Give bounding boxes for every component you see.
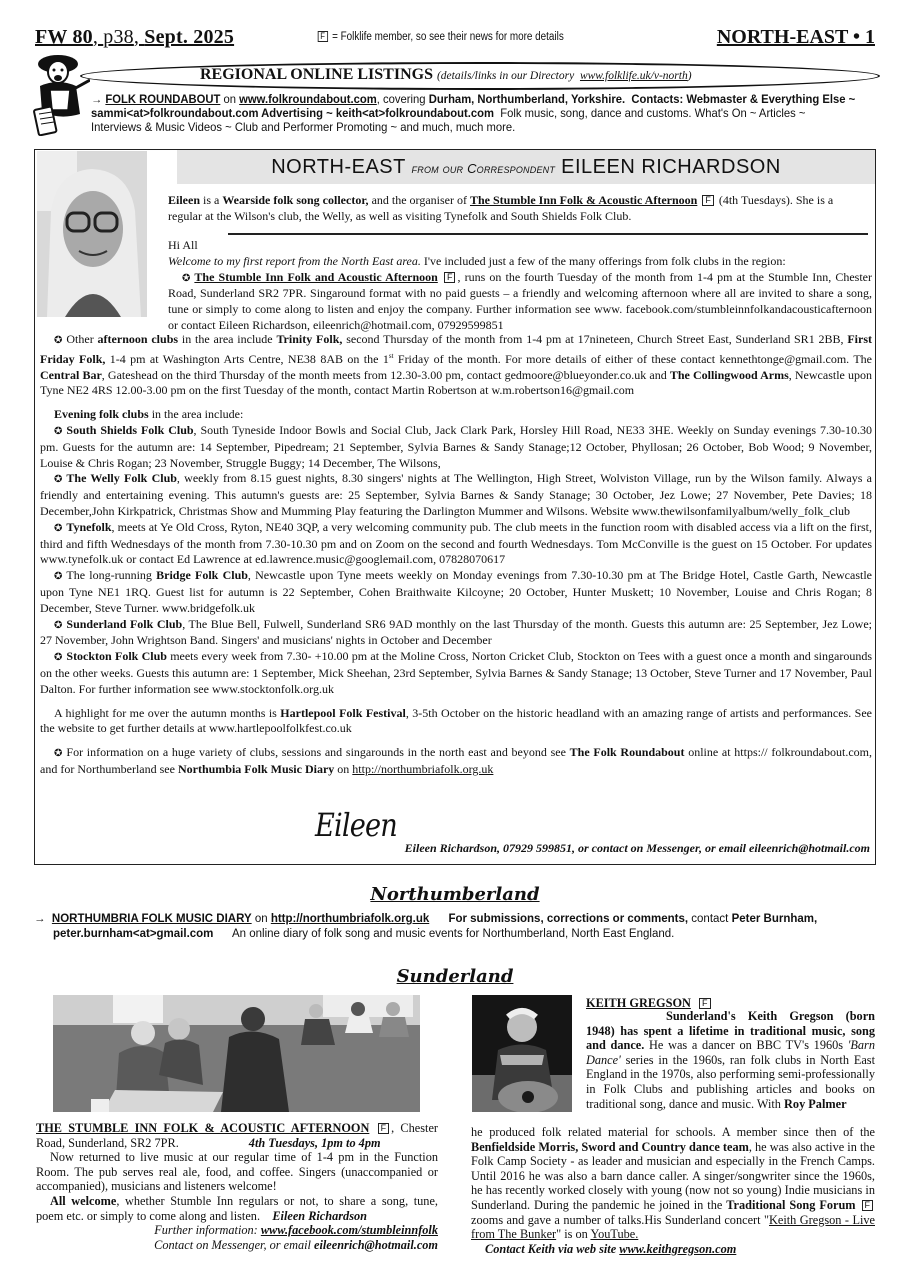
club-entry: ✪Sunderland Folk Club, The Blue Bell, Fu… (40, 617, 872, 650)
divider-rule (228, 233, 868, 235)
folk-roundabout-listing: → FOLK ROUNDABOUT on www.folkroundabout.… (91, 93, 857, 135)
arrow-icon: → (34, 913, 46, 925)
stumble-inn-facebook-link[interactable]: www.facebook.com/stumbleinnfolk (261, 1223, 438, 1237)
club-name: Sunderland Folk Club (66, 617, 182, 631)
club-name: Tynefolk (66, 520, 111, 534)
club-entry: ✪Stockton Folk Club meets every week fro… (40, 649, 872, 697)
directory-link[interactable]: www.folklife.uk/v-north (580, 70, 688, 82)
northumbria-diary-url[interactable]: http://northumbriafolk.org.uk (271, 913, 429, 925)
stumble-inn-notice: THE STUMBLE INN FOLK & ACOUSTIC AFTERNOO… (36, 1121, 438, 1252)
club-name: Bridge Folk Club (156, 568, 248, 582)
member-legend: F = Folklife member, so see their news f… (316, 31, 564, 43)
correspondent-intro: Eileen is a Wearside folk song collector… (168, 193, 868, 225)
afternoon-clubs-entry: ✪Other afternoon clubs in the area inclu… (40, 332, 872, 399)
page-number: p38 (103, 26, 134, 48)
bullet-icon: ✪ (54, 620, 62, 631)
club-listings: ✪Other afternoon clubs in the area inclu… (40, 332, 872, 778)
folk-roundabout-link[interactable]: www.folkroundabout.com (239, 93, 377, 106)
member-legend-text: = Folklife member, so see their news for… (332, 31, 564, 43)
club-entry: ✪Tynefolk, meets at Ye Old Cross, Ryton,… (40, 520, 872, 568)
bullet-icon: ✪ (54, 474, 62, 485)
folklife-member-badge-icon: F (862, 1200, 874, 1211)
stumble-inn-heading[interactable]: THE STUMBLE INN FOLK & ACOUSTIC AFTERNOO… (36, 1121, 369, 1135)
keith-gregson-bio-upper: Sunderland's Keith Gregson (born 1948) h… (586, 1009, 875, 1111)
issue-number: FW 80 (35, 26, 93, 48)
stumble-inn-session-photo (53, 995, 420, 1112)
keith-website-link[interactable]: www.keithgregson.com (619, 1242, 736, 1256)
bullet-icon: ✪ (54, 571, 62, 582)
folklife-member-badge-icon: F (378, 1123, 390, 1134)
section-heading-sunderland: Sunderland (0, 966, 910, 987)
club-name: Stockton Folk Club (66, 649, 167, 663)
northumbria-diary-listing: → NORTHUMBRIA FOLK MUSIC DIARY on http:/… (34, 912, 878, 942)
stumble-inn-email-link[interactable]: eileenrich@hotmail.com (314, 1238, 438, 1252)
bullet-icon: ✪ (182, 273, 190, 284)
eileen-portrait-photo (37, 151, 147, 317)
folklife-member-badge-icon: F (699, 998, 711, 1009)
eileen-email-link[interactable]: eileenrich@hotmail.com (749, 841, 870, 855)
stumble-inn-name[interactable]: The Stumble Inn Folk and Acoustic Aftern… (194, 270, 437, 284)
section-heading-northumberland: Northumberland (0, 884, 910, 905)
region-page-title: NORTH-EAST • 1 (717, 26, 875, 49)
keith-gregson-name[interactable]: KEITH GREGSON (586, 996, 691, 1010)
bullet-icon: ✪ (54, 523, 62, 534)
issue-reference: FW 80, p38, Sept. 2025 (35, 26, 234, 49)
correspondent-name: EILEEN RICHARDSON (561, 156, 781, 178)
northumbria-diary-link[interactable]: http://northumbriafolk.org.uk (352, 762, 493, 776)
issue-date: Sept. 2025 (144, 26, 234, 48)
folklife-member-badge-icon: F (444, 272, 456, 283)
further-info-entry: ✪For information on a huge variety of cl… (40, 745, 872, 778)
stumble-inn-schedule: 4th Tuesdays, 1pm to 4pm (249, 1136, 381, 1150)
keith-gregson-photo (472, 995, 572, 1112)
folklife-member-badge-icon: F (318, 31, 328, 42)
club-name: The Welly Folk Club (66, 471, 177, 485)
club-entry: ✪The Welly Folk Club, weekly from 8.15 g… (40, 471, 872, 519)
bullet-icon: ✪ (54, 426, 62, 437)
club-entry: ✪South Shields Folk Club, South Tyneside… (40, 423, 872, 471)
stumble-inn-entry: ✪The Stumble Inn Folk and Acoustic After… (168, 270, 872, 334)
folk-roundabout-name[interactable]: FOLK ROUNDABOUT (105, 93, 220, 106)
greeting: Hi All (168, 238, 872, 254)
festival-highlight: A highlight for me over the autumn month… (40, 706, 872, 738)
youtube-link[interactable]: YouTube. (590, 1227, 638, 1241)
evening-clubs-heading: Evening folk clubs in the area include: (40, 407, 872, 423)
correspondent-header: NORTH-EAST from our Correspondent EILEEN… (177, 150, 875, 184)
regional-listings-title: REGIONAL ONLINE LISTINGS (details/links … (200, 66, 692, 84)
folklife-member-badge-icon: F (702, 195, 714, 206)
bullet-icon: ✪ (54, 335, 62, 346)
bullet-icon: ✪ (54, 652, 62, 663)
report-region: NORTH-EAST (271, 156, 405, 178)
stumble-inn-link[interactable]: The Stumble Inn Folk & Acoustic Afternoo… (470, 193, 697, 207)
folk-musician-logo-icon (30, 50, 90, 136)
report-opening: Hi All Welcome to my first report from t… (168, 238, 872, 334)
signature: Eileen (315, 806, 397, 844)
northumbria-diary-name[interactable]: NORTHUMBRIA FOLK MUSIC DIARY (52, 913, 252, 925)
club-name: South Shields Folk Club (66, 423, 193, 437)
bullet-icon: ✪ (54, 748, 62, 759)
signature-contact: Eileen Richardson, 07929 599851, or cont… (405, 841, 870, 856)
keith-gregson-bio-lower: he produced folk related material for sc… (471, 1125, 875, 1256)
arrow-icon: → (91, 93, 102, 106)
club-entry: ✪The long-running Bridge Folk Club, Newc… (40, 568, 872, 616)
